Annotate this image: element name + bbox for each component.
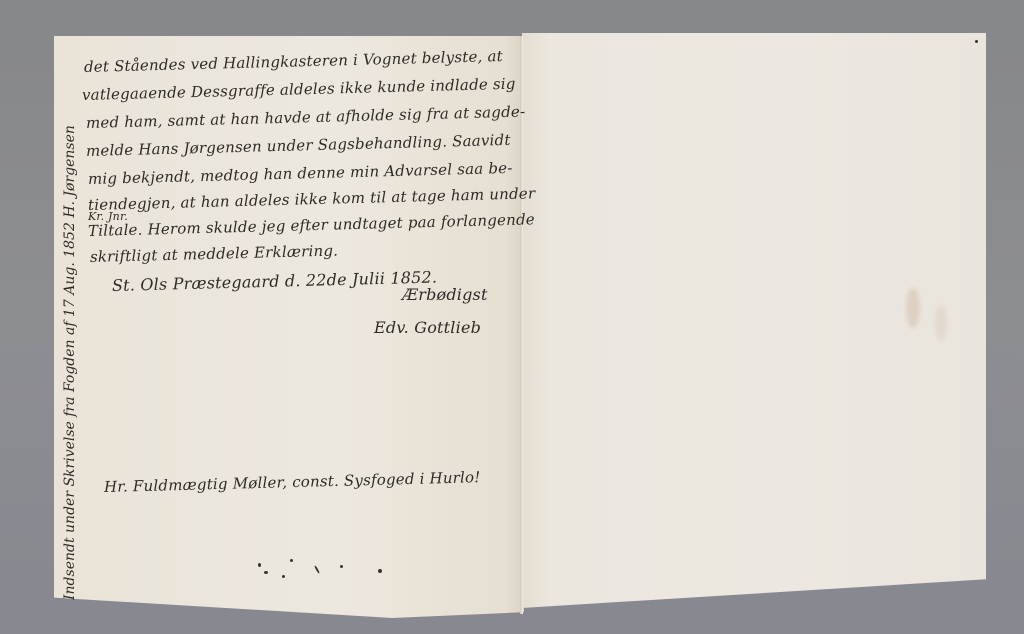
margin-reference: Kr. Jnr. (88, 210, 128, 223)
closing: Ærbødigst (402, 285, 488, 304)
paper-stain (935, 305, 947, 341)
page-fold (520, 36, 523, 614)
paper-stain (906, 288, 920, 328)
signature: Edv. Gottlieb (374, 318, 481, 337)
vertical-margin-note: Indsendt under Skrivelse fra Fogden af 1… (62, 125, 78, 600)
ink-dot (975, 40, 978, 43)
ink-blots (250, 555, 450, 585)
